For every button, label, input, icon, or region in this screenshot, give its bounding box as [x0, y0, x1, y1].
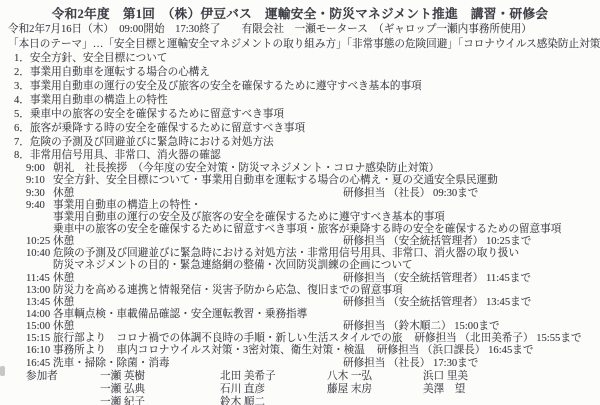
- agenda-item: 1．安全方針、安全目標について: [0, 52, 600, 66]
- agenda-item: 4．事業用自動車の構造上の特性: [0, 94, 600, 108]
- agenda-item: 3．事業用自動車の運行の安全及び旅客の安全を確保するために遵守すべき基本的事項: [0, 80, 600, 94]
- schedule-row: 9:00朝礼 社長挨拶 （今年度の安全対策・防災マネジメント・コロナ感染防止対策…: [0, 163, 600, 175]
- schedule-row: 14:00各車輌点検・車載備品確認・安全運転教習・乗務指導: [0, 309, 600, 321]
- participant-name: 美澤 望: [423, 383, 600, 396]
- participant-name: 一瀬 英樹: [100, 370, 220, 383]
- schedule-row: 9:30休憩研修担当 （社長） 09:30まで: [0, 188, 600, 200]
- schedule-row: 防災マネジメントの目的・緊急連絡網の整備・次回防災訓練の企画について: [0, 260, 600, 272]
- participant-name: 一瀬 弘典: [100, 383, 220, 396]
- scanned-document-page: 令和2年度 第1回 （株）伊豆バス 運輸安全・防災マネジメント推進 講習・研修会…: [0, 0, 600, 405]
- participants-row: 一瀬 弘典石川 直彦藤屋 末房美澤 望: [26, 383, 600, 396]
- schedule-row: 9:40事業用自動車の構造上の特性・: [0, 200, 600, 212]
- schedule-time: 9:00: [26, 163, 53, 175]
- schedule-time: 11:45: [26, 273, 53, 285]
- participant-name: 八木 一弘: [327, 370, 423, 383]
- participant-name: [423, 396, 600, 405]
- schedule-time: 10:25: [26, 236, 53, 248]
- schedule-note: 研修担当 （鈴木順二） 15:00まで: [331, 321, 500, 333]
- participants-label: [26, 396, 100, 405]
- participants-label: [26, 383, 100, 396]
- agenda-item: 8．非常用信号用具、非常口、消火器の確認: [0, 149, 600, 163]
- agenda-list: 1．安全方針、安全目標について2．事業用自動車を運転する場合の心構え3．事業用自…: [0, 52, 600, 163]
- schedule-note: 研修担当 （安全統括管理者） 10:25まで: [331, 236, 531, 248]
- schedule-time: 16:10: [26, 345, 53, 357]
- participants-row: 参加者一瀬 英樹北田 美希子八木 一弘浜口 里美: [26, 370, 600, 383]
- agenda-item: 7．危険の予測及び回避並びに緊急時における対処方法: [0, 136, 600, 150]
- schedule-time: 13:00: [26, 285, 53, 297]
- schedule-text: 旅行部より コロナ禍での体調不良時の手順・新しい生活スタイルでの旅: [53, 333, 402, 345]
- schedule-time: 10:40: [26, 248, 53, 260]
- schedule-row: 事業用自動車の運行の安全及び旅客の安全を確保するために遵守すべき基本的事項: [0, 212, 600, 224]
- schedule-row: 10:40危険の予測及び回避並びに緊急時における対処方法・非常用信号用具、非常口…: [0, 248, 600, 260]
- schedule-text: 休憩: [53, 297, 331, 309]
- schedule-text: 洗車・掃除・除菌・消毒: [53, 358, 331, 370]
- schedule-text: 休憩: [53, 273, 331, 285]
- participant-name: [327, 396, 423, 405]
- schedule-note: 研修担当 （安全統括管理者） 13:45まで: [331, 297, 531, 309]
- agenda-item: 2．事業用自動車を運転する場合の心構え: [0, 66, 600, 80]
- schedule-time: 15:15: [26, 333, 53, 345]
- schedule-list: 9:00朝礼 社長挨拶 （今年度の安全対策・防災マネジメント・コロナ感染防止対策…: [0, 163, 600, 369]
- schedule-row: 13:45休憩研修担当 （安全統括管理者） 13:45まで: [0, 297, 600, 309]
- schedule-time: 16:45: [26, 358, 53, 370]
- theme-line: 「本日のテーマ」…「安全目標と運輸安全マネジメントの取り組み方」「非常事態の危険…: [0, 38, 600, 53]
- schedule-row: 9:10安全方針、安全目標について・事業用自動車を運転する場合の心構え・夏の交通…: [0, 175, 600, 187]
- participant-name: 石川 直彦: [220, 383, 327, 396]
- schedule-row: 10:25休憩研修担当 （安全統括管理者） 10:25まで: [0, 236, 600, 248]
- document-title: 令和2年度 第1回 （株）伊豆バス 運輸安全・防災マネジメント推進 講習・研修会: [0, 5, 600, 23]
- schedule-time: 9:10: [26, 175, 53, 187]
- schedule-text: 防災力を高める連携と情報発信・災害予防から応急、復旧までの留意事項: [53, 285, 403, 297]
- schedule-note: 研修担当 （社長） 09:30まで: [331, 188, 478, 200]
- participant-name: 浜口 里美: [423, 370, 600, 383]
- schedule-time: 9:30: [26, 188, 53, 200]
- scan-edge-artifact: [0, 366, 5, 376]
- schedule-note: 研修担当 （安全統括管理者） 11:45まで: [331, 273, 531, 285]
- schedule-row: 13:00防災力を高める連携と情報発信・災害予防から応急、復旧までの留意事項: [0, 285, 600, 297]
- schedule-note: 研修担当 （北田美希子） 15:55まで: [402, 333, 581, 345]
- schedule-text: 休憩: [53, 188, 331, 200]
- schedule-time: 9:40: [26, 200, 53, 212]
- schedule-text: 事務所より 車内コロナウイルス対策・3密対策、衛生対策・検温: [53, 345, 365, 357]
- schedule-time: 13:45: [26, 297, 53, 309]
- schedule-text: 安全方針、安全目標について・事業用自動車を運転する場合の心構え・夏の交通安全県民…: [53, 175, 498, 187]
- schedule-row: 16:45洗車・掃除・除菌・消毒研修担当 （社長） 17:30まで: [0, 358, 600, 370]
- participant-name: 鈴木 順二: [220, 396, 327, 405]
- schedule-text: 事業用自動車の運行の安全及び旅客の安全を確保するために遵守すべき基本的事項: [53, 212, 445, 224]
- agenda-item: 5．乗車中の旅客の安全を確保するために留意すべき事項: [0, 108, 600, 122]
- date-venue-line: 令和2年7月16日（木） 09:00開始 17:30終了 有限会社 一瀬モーター…: [0, 23, 600, 38]
- participant-name: 北田 美希子: [220, 370, 327, 383]
- schedule-text: 乗車中の旅客の安全を確保するために留意すべき事項・旅客が乗降する時の安全を確保す…: [53, 224, 561, 236]
- participant-name: 一瀬 紀子: [100, 396, 220, 405]
- schedule-text: 休憩: [53, 236, 331, 248]
- participants-section: 参加者一瀬 英樹北田 美希子八木 一弘浜口 里美一瀬 弘典石川 直彦藤屋 末房美…: [0, 370, 600, 405]
- schedule-row: 乗車中の旅客の安全を確保するために留意すべき事項・旅客が乗降する時の安全を確保す…: [0, 224, 600, 236]
- schedule-note: 研修担当 （社長） 17:30まで: [331, 358, 478, 370]
- schedule-row: 16:10事務所より 車内コロナウイルス対策・3密対策、衛生対策・検温研修担当 …: [0, 345, 600, 357]
- participants-label: 参加者: [26, 370, 100, 383]
- schedule-note: 研修担当 （浜口課長） 16:45まで: [365, 345, 534, 357]
- participants-row: 一瀬 紀子鈴木 順二: [26, 396, 600, 405]
- schedule-time: 15:00: [26, 321, 53, 333]
- schedule-row: 15:15旅行部より コロナ禍での体調不良時の手順・新しい生活スタイルでの旅研修…: [0, 333, 600, 345]
- agenda-item: 6．旅客が乗降する時の安全を確保するために留意すべき事項: [0, 122, 600, 136]
- schedule-text: 事業用自動車の構造上の特性・: [53, 200, 331, 212]
- schedule-text: 休憩: [53, 321, 331, 333]
- schedule-row: 11:45休憩研修担当 （安全統括管理者） 11:45まで: [0, 273, 600, 285]
- schedule-text: 朝礼 社長挨拶 （今年度の安全対策・防災マネジメント・コロナ感染防止対策）: [53, 163, 439, 175]
- schedule-text: 各車輌点検・車載備品確認・安全運転教習・乗務指導: [53, 309, 331, 321]
- schedule-text: 防災マネジメントの目的・緊急連絡網の整備・次回防災訓練の企画について: [53, 260, 413, 272]
- schedule-text: 危険の予測及び回避並びに緊急時における対処方法・非常用信号用具、非常口、消火器の…: [53, 248, 519, 260]
- schedule-row: 15:00休憩研修担当 （鈴木順二） 15:00まで: [0, 321, 600, 333]
- participant-name: 藤屋 末房: [327, 383, 423, 396]
- schedule-time: 14:00: [26, 309, 53, 321]
